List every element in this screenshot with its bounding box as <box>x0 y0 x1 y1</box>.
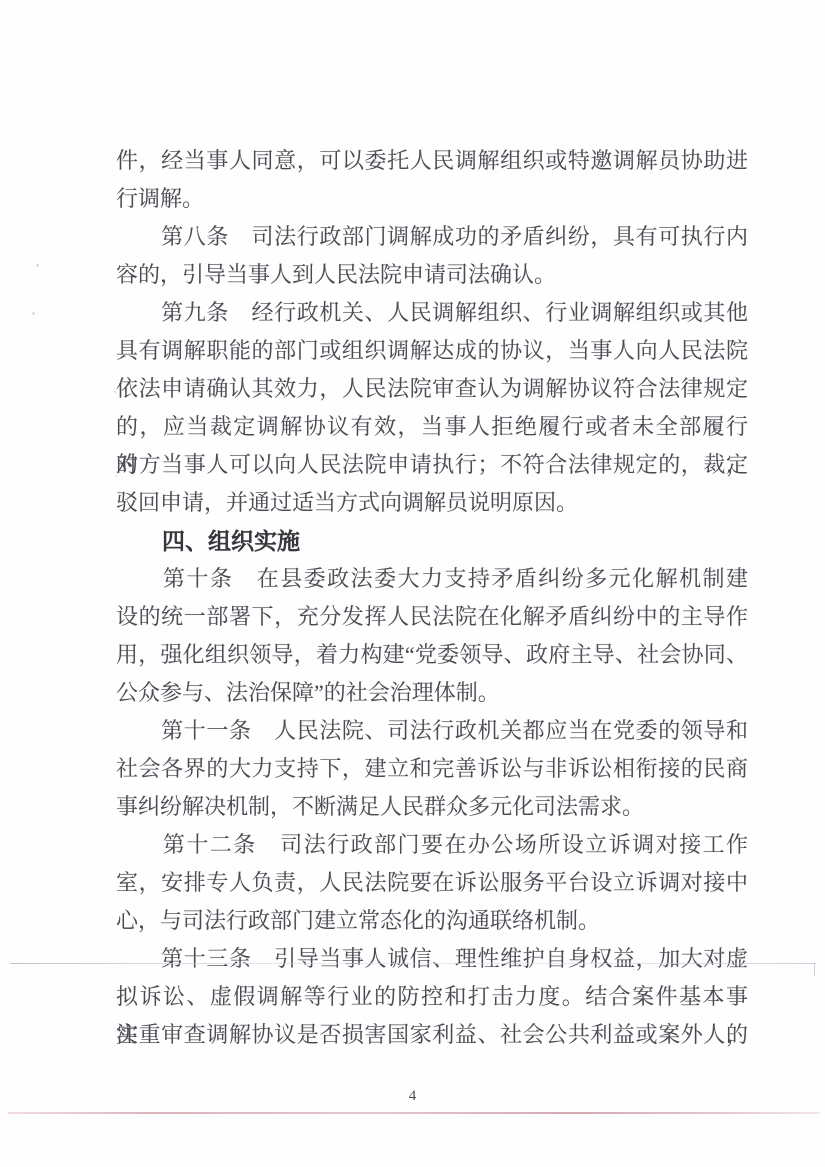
text-line: 第八条 司法行政部门调解成功的矛盾纠纷，具有可执行内 <box>116 218 748 256</box>
page-number: 4 <box>0 1088 825 1105</box>
text-line: 用，强化组织领导，着力构建“党委领导、政府主导、社会协同、 <box>116 636 748 674</box>
text-line: 驳回申请，并通过适当方式向调解员说明原因。 <box>116 484 748 522</box>
text-line: 公众参与、法治保障”的社会治理体制。 <box>116 674 748 712</box>
text-line: 第十条 在县委政法委大力支持矛盾纠纷多元化解机制建 <box>116 560 748 598</box>
text-line: 第九条 经行政机关、人民调解组织、行业调解组织或其他 <box>116 294 748 332</box>
text-line: 的，应当裁定调解协议有效，当事人拒绝履行或者未全部履行的， <box>116 408 748 446</box>
scan-artifact-line <box>10 963 816 964</box>
scan-speck <box>32 312 35 315</box>
document-page: 件，经当事人同意，可以委托人民调解组织或特邀调解员协助进行调解。 第八条 司法行… <box>0 0 825 1167</box>
scan-artifact-tick <box>814 963 815 976</box>
text-line: 设的统一部署下，充分发挥人民法院在化解矛盾纠纷中的主导作 <box>116 598 748 636</box>
text-line: 件，经当事人同意，可以委托人民调解组织或特邀调解员协助进 <box>116 142 748 180</box>
document-body: 件，经当事人同意，可以委托人民调解组织或特邀调解员协助进行调解。 第八条 司法行… <box>116 142 748 1054</box>
text-line: 第十三条 引导当事人诚信、理性维护自身权益，加大对虚 <box>116 940 748 978</box>
text-line: 具有调解职能的部门或组织调解达成的协议，当事人向人民法院 <box>116 332 748 370</box>
text-line: 拟诉讼、虚假调解等行业的防控和打击力度。结合案件基本事实， <box>116 978 748 1016</box>
text-line: 容的，引导当事人到人民法院申请司法确认。 <box>116 256 748 294</box>
text-line: 心，与司法行政部门建立常态化的沟通联络机制。 <box>116 902 748 940</box>
text-line: 注重审查调解协议是否损害国家利益、社会公共利益或案外人的 <box>116 1016 748 1054</box>
section-heading: 四、组织实施 <box>116 522 748 560</box>
footer-rule <box>8 1112 820 1114</box>
text-line: 第十二条 司法行政部门要在办公场所设立诉调对接工作 <box>116 826 748 864</box>
scan-speck <box>114 391 116 393</box>
text-line: 对方当事人可以向人民法院申请执行；不符合法律规定的，裁定 <box>116 446 748 484</box>
scan-speck <box>115 475 117 477</box>
text-line: 行调解。 <box>116 180 748 218</box>
text-line: 社会各界的大力支持下，建立和完善诉讼与非诉讼相衔接的民商 <box>116 750 748 788</box>
scan-speck <box>36 264 39 267</box>
text-line: 依法申请确认其效力，人民法院审查认为调解协议符合法律规定 <box>116 370 748 408</box>
text-line: 室，安排专人负责，人民法院要在诉讼服务平台设立诉调对接中 <box>116 864 748 902</box>
text-line: 事纠纷解决机制，不断满足人民群众多元化司法需求。 <box>116 788 748 826</box>
text-line: 第十一条 人民法院、司法行政机关都应当在党委的领导和 <box>116 712 748 750</box>
